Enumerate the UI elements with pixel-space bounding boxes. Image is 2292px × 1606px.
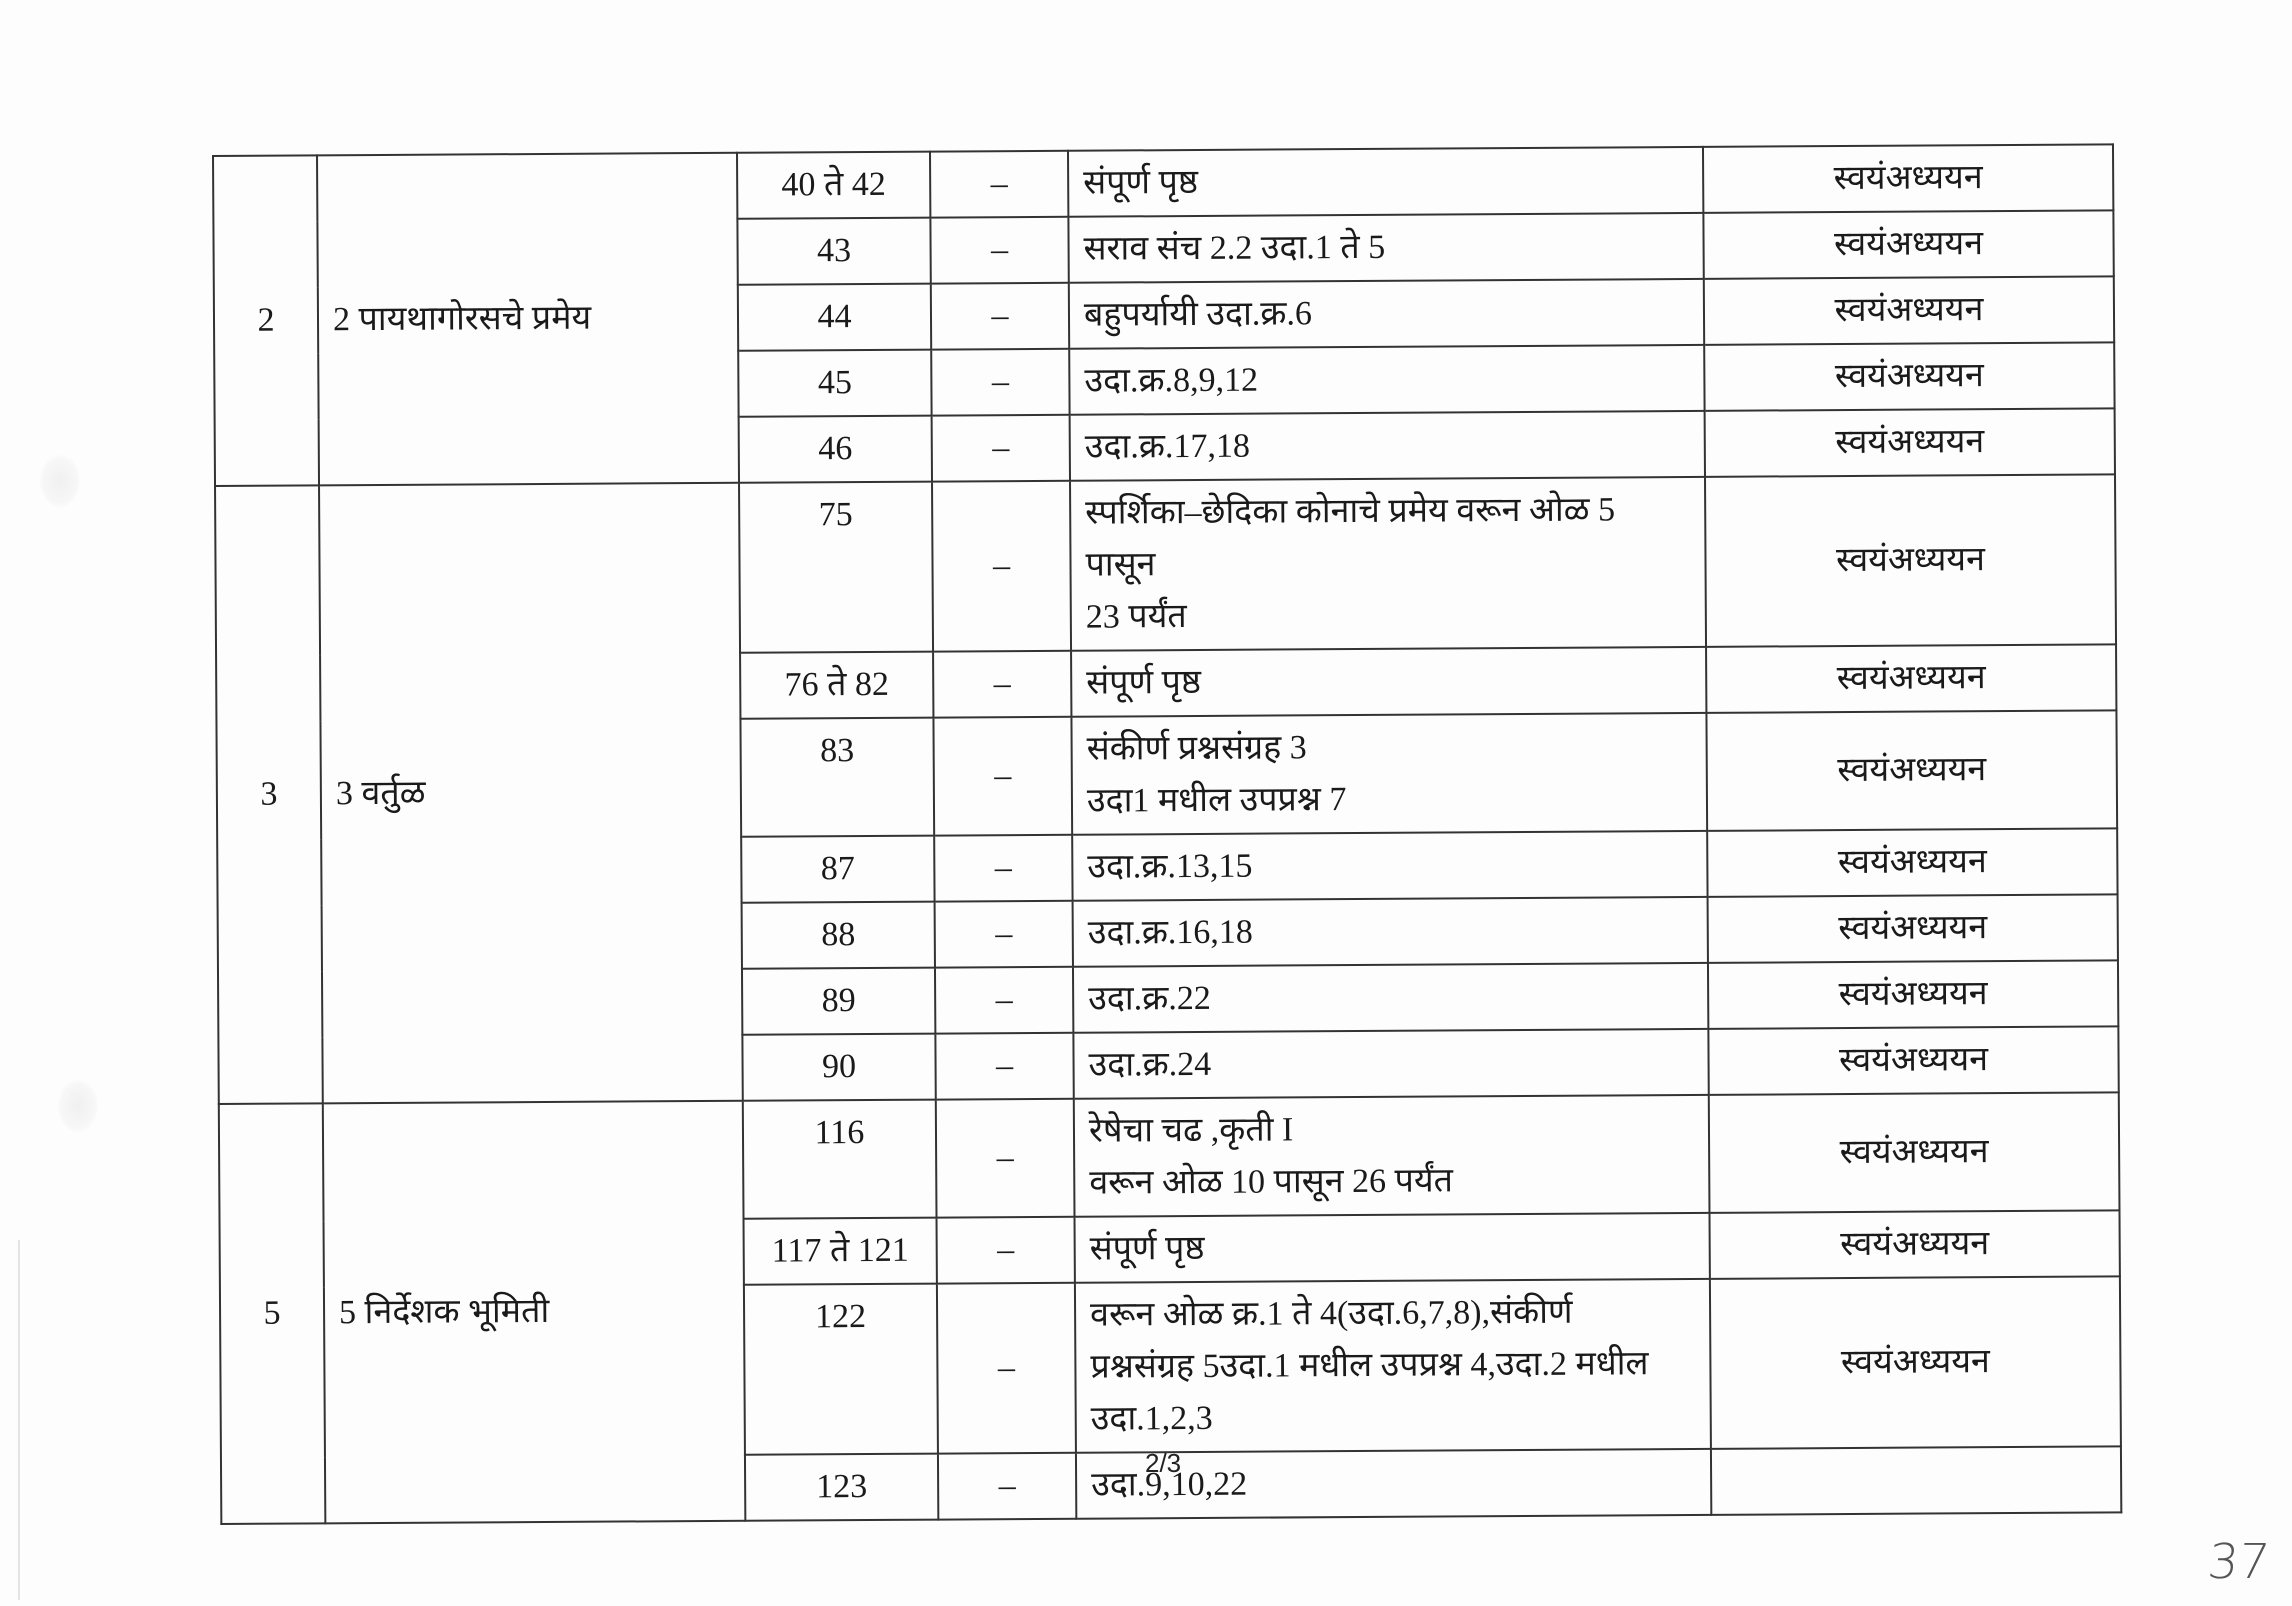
page-number-cell: 43	[737, 218, 930, 285]
study-mode-cell: स्वयंअध्ययन	[1710, 1276, 2121, 1449]
study-mode-cell: स्वयंअध्ययन	[1704, 342, 2114, 411]
detail-line: उदा.क्र.24	[1088, 1036, 1693, 1092]
exercise-detail-cell: रेषेचा चढ ,कृती Iवरून ओळ 10 पासून 26 पर्…	[1074, 1095, 1710, 1217]
detail-line: सराव संच 2.2 उदा.1 ते 5	[1083, 220, 1688, 276]
chapter-name-cell: 5 निर्देशक भूमिती	[323, 1101, 746, 1524]
detail-line: संपूर्ण पृष्ठ	[1090, 1220, 1695, 1276]
detail-line: प्रश्नसंग्रह 5उदा.1 मधील उपप्रश्न 4,उदा.…	[1090, 1338, 1695, 1394]
detail-line: 23 पर्यंत	[1086, 588, 1691, 644]
detail-line: उदा.1,2,3	[1091, 1390, 1696, 1446]
punch-hole-mark	[58, 1080, 98, 1132]
detail-line: संपूर्ण पृष्ठ	[1083, 154, 1688, 210]
exercise-detail-cell: सराव संच 2.2 उदा.1 ते 5	[1068, 213, 1703, 283]
dash-cell: –	[930, 151, 1068, 218]
dash-cell: –	[932, 415, 1070, 482]
exercise-detail-cell: उदा.क्र.24	[1073, 1029, 1708, 1099]
exercise-detail-cell: संपूर्ण पृष्ठ	[1075, 1213, 1710, 1283]
page-number-cell: 44	[738, 284, 931, 351]
dash-cell: –	[930, 217, 1068, 284]
study-mode-cell: स्वयंअध्ययन	[1706, 710, 2117, 831]
page-number-cell: 116	[743, 1100, 937, 1219]
study-mode-cell: स्वयंअध्ययन	[1703, 210, 2113, 279]
page-number-cell: 89	[742, 968, 935, 1035]
exercise-detail-cell: उदा.क्र.22	[1073, 963, 1708, 1033]
exercise-detail-cell: बहुपर्यायी उदा.क्र.6	[1069, 279, 1704, 349]
dash-cell: –	[935, 1033, 1073, 1100]
study-mode-cell: स्वयंअध्ययन	[1703, 144, 2113, 213]
dash-cell: –	[935, 967, 1073, 1034]
page-number-cell: 40 ते 42	[737, 152, 930, 219]
table-row: 22 पायथागोरसचे प्रमेय40 ते 42–संपूर्ण पृ…	[213, 144, 2113, 222]
detail-line: उदा1 मधील उपप्रश्न 7	[1087, 772, 1692, 828]
study-mode-cell: स्वयंअध्ययन	[1704, 276, 2114, 345]
exercise-detail-cell: स्पर्शिका–छेदिका कोनाचे प्रमेय वरून ओळ 5…	[1070, 477, 1706, 651]
exercise-detail-cell: संकीर्ण प्रश्नसंग्रह 3उदा1 मधील उपप्रश्न…	[1071, 713, 1707, 835]
dash-cell: –	[932, 481, 1071, 652]
scan-page-edge	[18, 1240, 20, 1600]
study-mode-cell: स्वयंअध्ययन	[1709, 1092, 2120, 1213]
table-row: 55 निर्देशक भूमिती116–रेषेचा चढ ,कृती Iव…	[219, 1092, 2120, 1222]
detail-line: स्पर्शिका–छेदिका कोनाचे प्रमेय वरून ओळ 5…	[1085, 484, 1691, 592]
handwritten-page-number: 37	[2205, 1534, 2272, 1590]
chapter-number-cell: 3	[215, 485, 323, 1104]
detail-line: वरून ओळ 10 पासून 26 पर्यंत	[1089, 1154, 1694, 1210]
dash-cell: –	[934, 835, 1072, 902]
exercise-detail-cell: उदा.क्र.16,18	[1073, 897, 1708, 967]
study-mode-cell: स्वयंअध्ययन	[1705, 408, 2115, 477]
study-mode-cell: स्वयंअध्ययन	[1707, 828, 2117, 897]
dash-cell: –	[937, 1217, 1075, 1284]
dash-cell: –	[935, 901, 1073, 968]
study-mode-cell: स्वयंअध्ययन	[1708, 1026, 2118, 1095]
dash-cell: –	[937, 1283, 1076, 1454]
detail-line: रेषेचा चढ ,कृती I	[1089, 1102, 1694, 1158]
page-number-cell: 117 ते 121	[744, 1218, 937, 1285]
chapter-name-cell: 3 वर्तुळ	[319, 483, 743, 1104]
exercise-detail-cell: उदा.क्र.8,9,12	[1069, 345, 1704, 415]
study-mode-cell: स्वयंअध्ययन	[1705, 474, 2116, 647]
detail-line: संपूर्ण पृष्ठ	[1086, 654, 1691, 710]
syllabus-table: 22 पायथागोरसचे प्रमेय40 ते 42–संपूर्ण पृ…	[212, 143, 2122, 1525]
study-mode-cell: स्वयंअध्ययन	[1706, 644, 2116, 713]
detail-line: बहुपर्यायी उदा.क्र.6	[1084, 286, 1689, 342]
exercise-detail-cell: संपूर्ण पृष्ठ	[1068, 147, 1703, 217]
syllabus-sheet: 22 पायथागोरसचे प्रमेय40 ते 42–संपूर्ण पृ…	[212, 143, 2120, 1525]
dash-cell: –	[933, 651, 1071, 718]
syllabus-table-body: 22 पायथागोरसचे प्रमेय40 ते 42–संपूर्ण पृ…	[213, 144, 2121, 1524]
table-row: 33 वर्तुळ75–स्पर्शिका–छेदिका कोनाचे प्रम…	[215, 474, 2116, 656]
dash-cell: –	[931, 349, 1069, 416]
chapter-number-cell: 5	[219, 1103, 326, 1524]
page-number-cell: 45	[738, 350, 931, 417]
dash-cell: –	[936, 1099, 1075, 1218]
detail-line: उदा.9,10,22	[1091, 1456, 1696, 1512]
detail-line: वरून ओळ क्र.1 ते 4(उदा.6,7,8),संकीर्ण	[1090, 1286, 1695, 1342]
detail-line: उदा.क्र.13,15	[1087, 838, 1692, 894]
study-mode-cell: स्वयंअध्ययन	[1708, 894, 2118, 963]
page-number-cell: 122	[744, 1284, 938, 1455]
detail-line: उदा.क्र.22	[1088, 970, 1693, 1026]
page-number-cell: 87	[741, 836, 934, 903]
dash-cell: –	[938, 1453, 1076, 1520]
page-number-cell: 46	[739, 416, 932, 483]
dash-cell: –	[933, 717, 1072, 836]
page-number-cell: 76 ते 82	[740, 652, 933, 719]
exercise-detail-cell: उदा.क्र.17,18	[1070, 411, 1705, 481]
dash-cell: –	[931, 283, 1069, 350]
punch-hole-mark	[40, 455, 80, 507]
study-mode-cell	[1711, 1446, 2121, 1515]
detail-line: उदा.क्र.17,18	[1085, 418, 1690, 474]
study-mode-cell: स्वयंअध्ययन	[1708, 960, 2118, 1029]
detail-line: उदा.क्र.16,18	[1088, 904, 1693, 960]
detail-line: उदा.क्र.8,9,12	[1084, 352, 1689, 408]
page-number-cell: 88	[742, 902, 935, 969]
chapter-name-cell: 2 पायथागोरसचे प्रमेय	[317, 153, 739, 486]
page-number-cell: 83	[740, 718, 934, 837]
page-number-cell: 75	[739, 482, 933, 653]
page-footer-number: 2/3	[1145, 1448, 1181, 1479]
chapter-number-cell: 2	[213, 155, 319, 486]
exercise-detail-cell: उदा.क्र.13,15	[1072, 831, 1707, 901]
page-number-cell: 123	[745, 1454, 938, 1521]
exercise-detail-cell: संपूर्ण पृष्ठ	[1071, 647, 1706, 717]
study-mode-cell: स्वयंअध्ययन	[1709, 1210, 2119, 1279]
page-number-cell: 90	[742, 1034, 935, 1101]
detail-line: संकीर्ण प्रश्नसंग्रह 3	[1086, 720, 1691, 776]
exercise-detail-cell: वरून ओळ क्र.1 ते 4(उदा.6,7,8),संकीर्णप्र…	[1075, 1279, 1711, 1453]
